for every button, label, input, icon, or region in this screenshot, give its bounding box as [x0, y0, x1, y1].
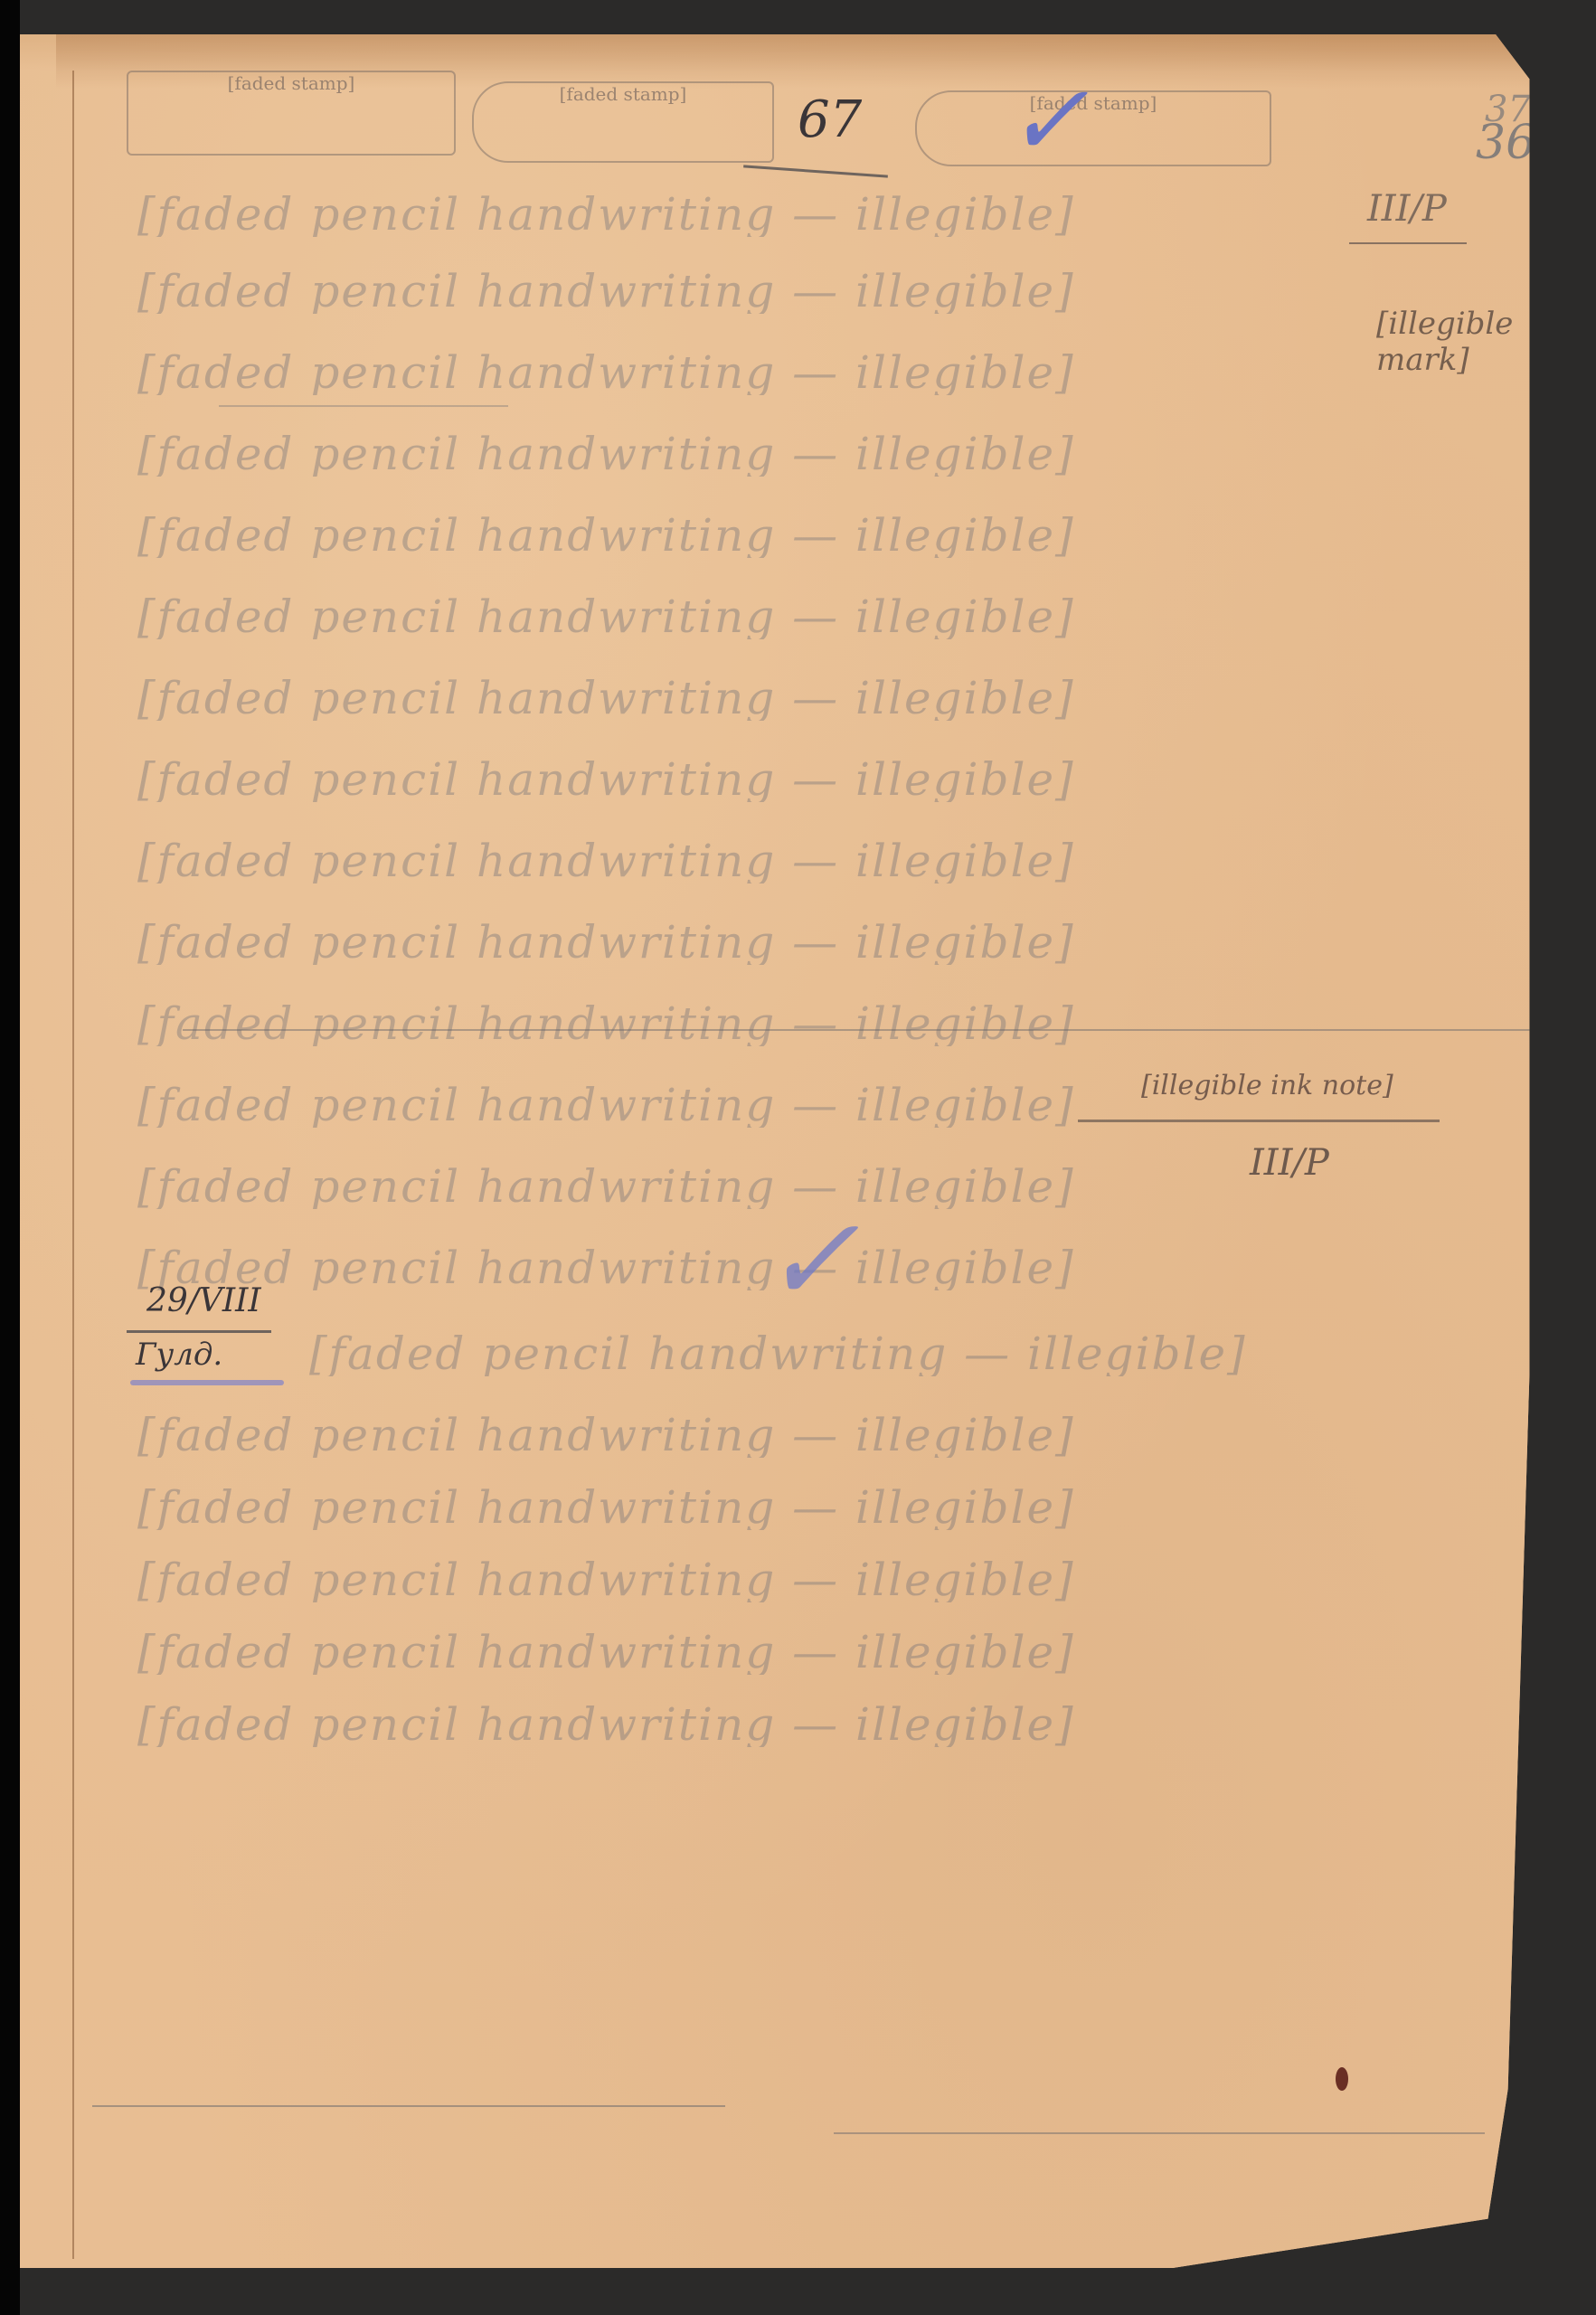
- blue-underline: [130, 1380, 284, 1385]
- margin-name: Гулд.: [136, 1337, 222, 1373]
- handwritten-line: [faded pencil handwriting — illegible]: [137, 1698, 1521, 1747]
- handwritten-line: [faded pencil handwriting — illegible]: [137, 509, 1521, 558]
- stamp-text: [faded stamp]: [228, 72, 355, 94]
- ink-spot: [1336, 2067, 1348, 2091]
- handwritten-line: [faded pencil handwriting — illegible]: [137, 1554, 1521, 1602]
- handwritten-line: [faded pencil handwriting — illegible]: [137, 997, 1521, 1046]
- handwritten-line: [faded pencil handwriting — illegible]: [137, 346, 1521, 395]
- pencil-divider: [183, 1029, 1539, 1031]
- margin-mark-bottom: III/P: [1250, 1142, 1329, 1184]
- handwritten-line: [faded pencil handwriting — illegible]: [137, 591, 1521, 639]
- handwritten-line: [faded pencil handwriting — illegible]: [137, 916, 1521, 965]
- header-stamp-right: [faded stamp]: [915, 90, 1271, 166]
- scan-border-left: [0, 0, 20, 2315]
- check-mark-icon: ✓: [761, 1201, 860, 1318]
- inline-annotation: [illegible ink note]: [1141, 1070, 1393, 1101]
- handwritten-line: [faded pencil handwriting — illegible]: [137, 428, 1521, 477]
- sheet-mark-underline: [743, 165, 888, 177]
- folio-number: 36: [1476, 116, 1535, 170]
- sheet-mark: 67: [798, 90, 862, 149]
- bottom-pencil-line: [92, 2105, 725, 2107]
- document-page: [faded stamp] [faded stamp] [faded stamp…: [20, 34, 1557, 2268]
- header-stamp-center: [faded stamp]: [472, 81, 774, 163]
- margin-note-divider: [127, 1330, 271, 1333]
- handwritten-line: [faded pencil handwriting — illegible]: [137, 672, 1521, 721]
- margin-mark-underline: [1349, 242, 1467, 244]
- handwritten-line: [faded pencil handwriting — illegible]: [137, 835, 1521, 883]
- handwritten-line: [faded pencil handwriting — illegible]: [309, 1328, 1521, 1376]
- page-fold-line: [72, 71, 74, 2259]
- handwritten-line: [faded pencil handwriting — illegible]: [137, 753, 1521, 802]
- pencil-underline: [219, 405, 508, 407]
- bottom-pencil-line: [834, 2132, 1485, 2134]
- annotation-underline: [1078, 1120, 1440, 1122]
- handwritten-line: [faded pencil handwriting — illegible]: [137, 1409, 1521, 1458]
- header-stamp-left: [faded stamp]: [127, 71, 456, 156]
- stamp-text: [faded stamp]: [560, 83, 687, 105]
- handwritten-line: [faded pencil handwriting — illegible]: [137, 265, 1521, 314]
- check-mark-icon: ✓: [1006, 71, 1089, 170]
- margin-date: 29/VIII: [146, 1282, 261, 1319]
- handwritten-line: [faded pencil handwriting — illegible]: [137, 1626, 1521, 1675]
- handwritten-line: [faded pencil handwriting — illegible]: [137, 188, 1521, 237]
- handwritten-line: [faded pencil handwriting — illegible]: [137, 1481, 1521, 1530]
